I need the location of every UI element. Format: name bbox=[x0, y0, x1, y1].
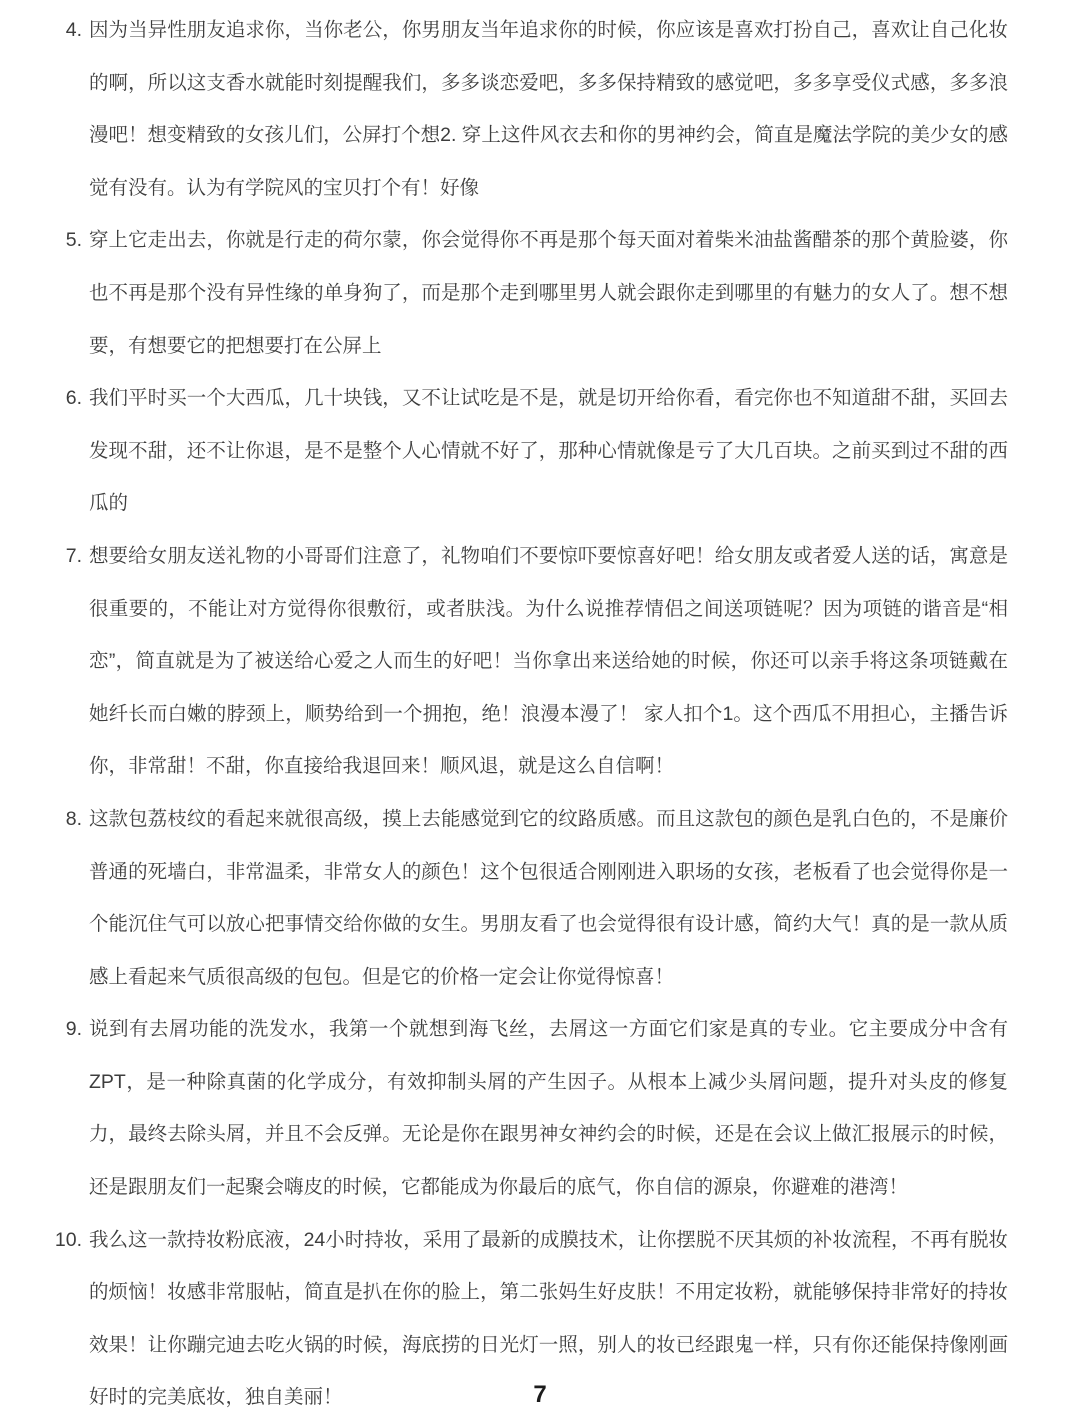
item-number: 6. bbox=[50, 372, 82, 425]
item-text: 说到有去屑功能的洗发水，我第一个就想到海飞丝，去屑这一方面它们家是真的专业。它主… bbox=[89, 1003, 1008, 1213]
item-number: 7. bbox=[50, 530, 82, 583]
item-number: 8. bbox=[50, 793, 82, 846]
item-text: 穿上它走出去，你就是行走的荷尔蒙，你会觉得你不再是那个每天面对着柴米油盐酱醋茶的… bbox=[89, 214, 1008, 372]
page-number: 7 bbox=[0, 1381, 1080, 1410]
document-page: 4. 因为当异性朋友追求你，当你老公，你男朋友当年追求你的时候，你应该是喜欢打扮… bbox=[0, 0, 1080, 1419]
item-text: 这款包荔枝纹的看起来就很高级，摸上去能感觉到它的纹路质感。而且这款包的颜色是乳白… bbox=[89, 793, 1008, 1003]
item-number: 10. bbox=[50, 1214, 82, 1267]
script-list: 4. 因为当异性朋友追求你，当你老公，你男朋友当年追求你的时候，你应该是喜欢打扮… bbox=[0, 0, 1080, 1419]
list-item: 9. 说到有去屑功能的洗发水，我第一个就想到海飞丝，去屑这一方面它们家是真的专业… bbox=[50, 1003, 1008, 1213]
list-item: 4. 因为当异性朋友追求你，当你老公，你男朋友当年追求你的时候，你应该是喜欢打扮… bbox=[50, 4, 1008, 214]
item-number: 9. bbox=[50, 1003, 82, 1056]
list-item: 8. 这款包荔枝纹的看起来就很高级，摸上去能感觉到它的纹路质感。而且这款包的颜色… bbox=[50, 793, 1008, 1003]
item-number: 5. bbox=[50, 214, 82, 267]
list-item: 6. 我们平时买一个大西瓜，几十块钱，又不让试吃是不是，就是切开给你看，看完你也… bbox=[50, 372, 1008, 530]
item-number: 4. bbox=[50, 4, 82, 57]
item-text: 想要给女朋友送礼物的小哥哥们注意了，礼物咱们不要惊吓要惊喜好吧！给女朋友或者爱人… bbox=[89, 530, 1008, 793]
item-text: 因为当异性朋友追求你，当你老公，你男朋友当年追求你的时候，你应该是喜欢打扮自己，… bbox=[89, 4, 1008, 214]
list-item: 7. 想要给女朋友送礼物的小哥哥们注意了，礼物咱们不要惊吓要惊喜好吧！给女朋友或… bbox=[50, 530, 1008, 793]
list-item: 5. 穿上它走出去，你就是行走的荷尔蒙，你会觉得你不再是那个每天面对着柴米油盐酱… bbox=[50, 214, 1008, 372]
item-text: 我们平时买一个大西瓜，几十块钱，又不让试吃是不是，就是切开给你看，看完你也不知道… bbox=[89, 372, 1008, 530]
